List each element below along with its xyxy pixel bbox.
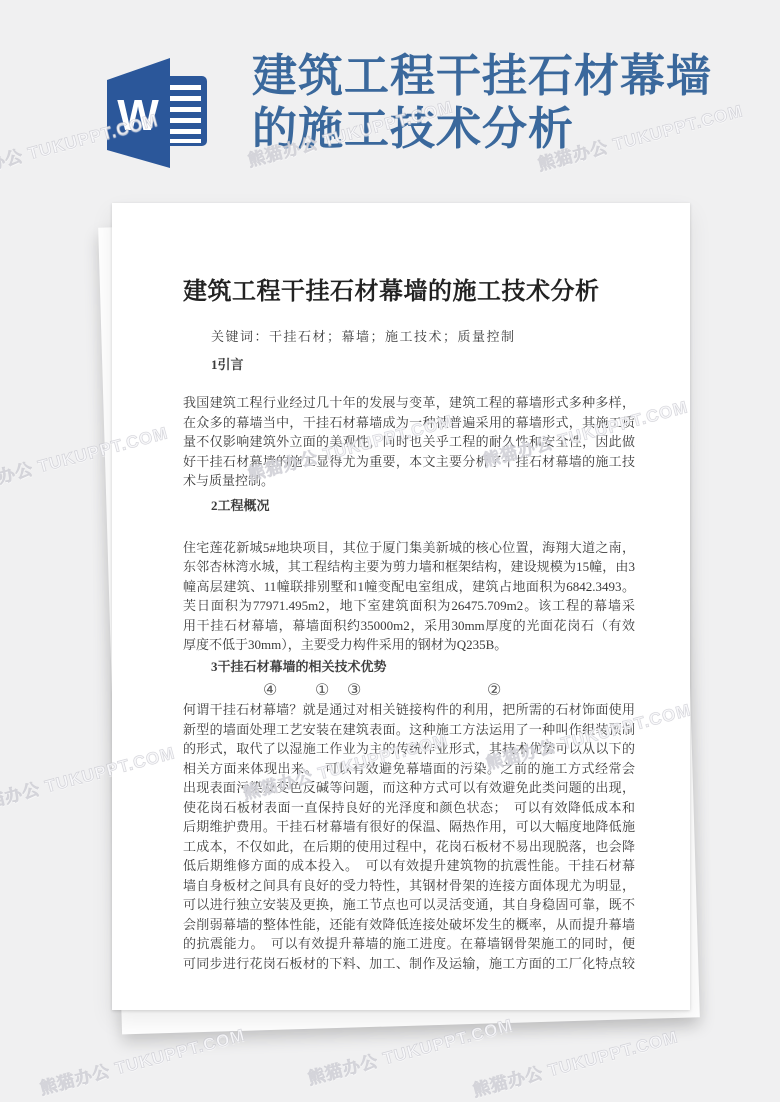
document-line: 关键词：干挂石材；幕墙；施工技术；质量控制 (183, 327, 635, 347)
document-line: 住宅莲花新城5#地块项目，其位于厦门集美新城的核心位置，海翔大道之南， (183, 538, 635, 558)
document-line: 可同步进行花岗石板材的下料、加工、制作及运输，施工方面的工厂化特点较 (183, 954, 635, 974)
document-line: 使花岗石板材表面一直保持良好的光泽度和颜色状态； 可以有效降低成本和 (183, 798, 635, 818)
document-line: 可以进行独立安装及更换，施工节点也可以灵活变通，其自身稳固可靠，既不 (183, 895, 635, 915)
header-title: 建筑工程干挂石材幕墙的施工技术分析 (252, 50, 720, 156)
document-line: 术与质量控制。 (183, 471, 635, 491)
document-line: 低后期维修方面的成本投入。 可以有效提升建筑物的抗震性能。干挂石材幕 (183, 856, 635, 876)
watermark: 熊猫办公 TUKUPPT.COM (470, 1023, 681, 1102)
document-line: 出现表面污染及变色反碱等问题，而这种方式可以有效避免此类问题的出现， (183, 778, 635, 798)
document-line: 后期维护费用。干挂石材幕墙有很好的保温、隔热作用，可以大幅度地降低施 (183, 817, 635, 837)
document-line: 相关方面来体现出来。 可以有效避免幕墙面的污染。之前的施工方式经常会 (183, 759, 635, 779)
circled-number-4: ④ (263, 681, 277, 701)
document-line: 2工程概况 (183, 496, 635, 516)
document-line: 3干挂石材幕墙的相关技术优势 (183, 657, 635, 677)
document-line: 新型的墙面处理工艺安装在建筑表面。这种施工方法运用了一种叫作组装预制 (183, 720, 635, 740)
word-document-icon: W (107, 52, 207, 172)
document-line: 1引言 (183, 355, 635, 375)
document-line: 墙自身板材之间具有良好的受力特性，其钢材骨架的连接方面体现尤为明显， (183, 876, 635, 896)
document-line: 工成本，不仅如此，在后期的使用过程中，花岗石板材不易出现脱落，也会降 (183, 837, 635, 857)
document-line: 用干挂石材幕墙，幕墙面积约35000m2，采用30mm厚度的光面花岗石（有效 (183, 616, 635, 636)
document-line: 幢高层建筑、11幢联排别墅和1幢变配电室组成，建筑占地面积为6842.3493。 (183, 577, 635, 597)
circled-number-1: ① (315, 681, 329, 701)
document-content: 建筑工程干挂石材幕墙的施工技术分析关键词：干挂石材；幕墙；施工技术；质量控制1引… (112, 203, 690, 973)
document-line: 何谓干挂石材幕墙？就是通过对相关链接构件的利用，把所需的石材饰面使用 (183, 700, 635, 720)
document-page: 建筑工程干挂石材幕墙的施工技术分析关键词：干挂石材；幕墙；施工技术；质量控制1引… (112, 203, 690, 1010)
document-blocks-top: 建筑工程干挂石材幕墙的施工技术分析关键词：干挂石材；幕墙；施工技术；质量控制1引… (183, 277, 635, 677)
document-line: 的抗震能力。 可以有效提升幕墙的施工进度。在幕墙钢骨架施工的同时，便 (183, 934, 635, 954)
document-line: 芙日面积为77971.495m2，地下室建筑面积为26475.709m2。该工程… (183, 596, 635, 616)
circled-number-2: ② (487, 681, 501, 701)
page-background: { "header": { "title": "建筑工程干挂石材幕墙的施工技术分… (0, 0, 780, 1102)
document-blocks-bottom: 何谓干挂石材幕墙？就是通过对相关链接构件的利用，把所需的石材饰面使用新型的墙面处… (183, 700, 635, 973)
document-line: 量不仅影响建筑外立面的美观性，同时也关乎工程的耐久性和安全性，因此做 (183, 432, 635, 452)
document-line: 建筑工程干挂石材幕墙的施工技术分析 (183, 277, 635, 307)
word-icon-letter: W (117, 91, 159, 140)
document-line: 好干挂石材幕墙的施工显得尤为重要，本文主要分析了干挂石材幕墙的施工技 (183, 452, 635, 472)
header: W 建筑工程干挂石材幕墙的施工技术分析 (0, 0, 780, 200)
document-line: 我国建筑工程行业经过几十年的发展与变革，建筑工程的幕墙形式多种多样， (183, 393, 635, 413)
circled-numbers-row: ④ ① ③ ② (183, 681, 635, 701)
document-line: 会削弱幕墙的整体性能，还能有效降低连接处破坏发生的概率，从而提升幕墙 (183, 915, 635, 935)
document-line: 的形式，取代了以湿施工作业为主的传统作业形式，其技术优势可以从以下的 (183, 739, 635, 759)
document-line: 在众多的幕墙当中，干挂石材幕墙成为一种被普遍采用的幕墙形式，其施工质 (183, 413, 635, 433)
document-line: 东邻杏林湾水城，其工程结构主要为剪力墙和框架结构，建设规模为15幢，由3 (183, 557, 635, 577)
document-line: 厚度不低于30mm），主要受力构件采用的钢材为Q235B。 (183, 635, 635, 655)
circled-number-3: ③ (347, 681, 361, 701)
